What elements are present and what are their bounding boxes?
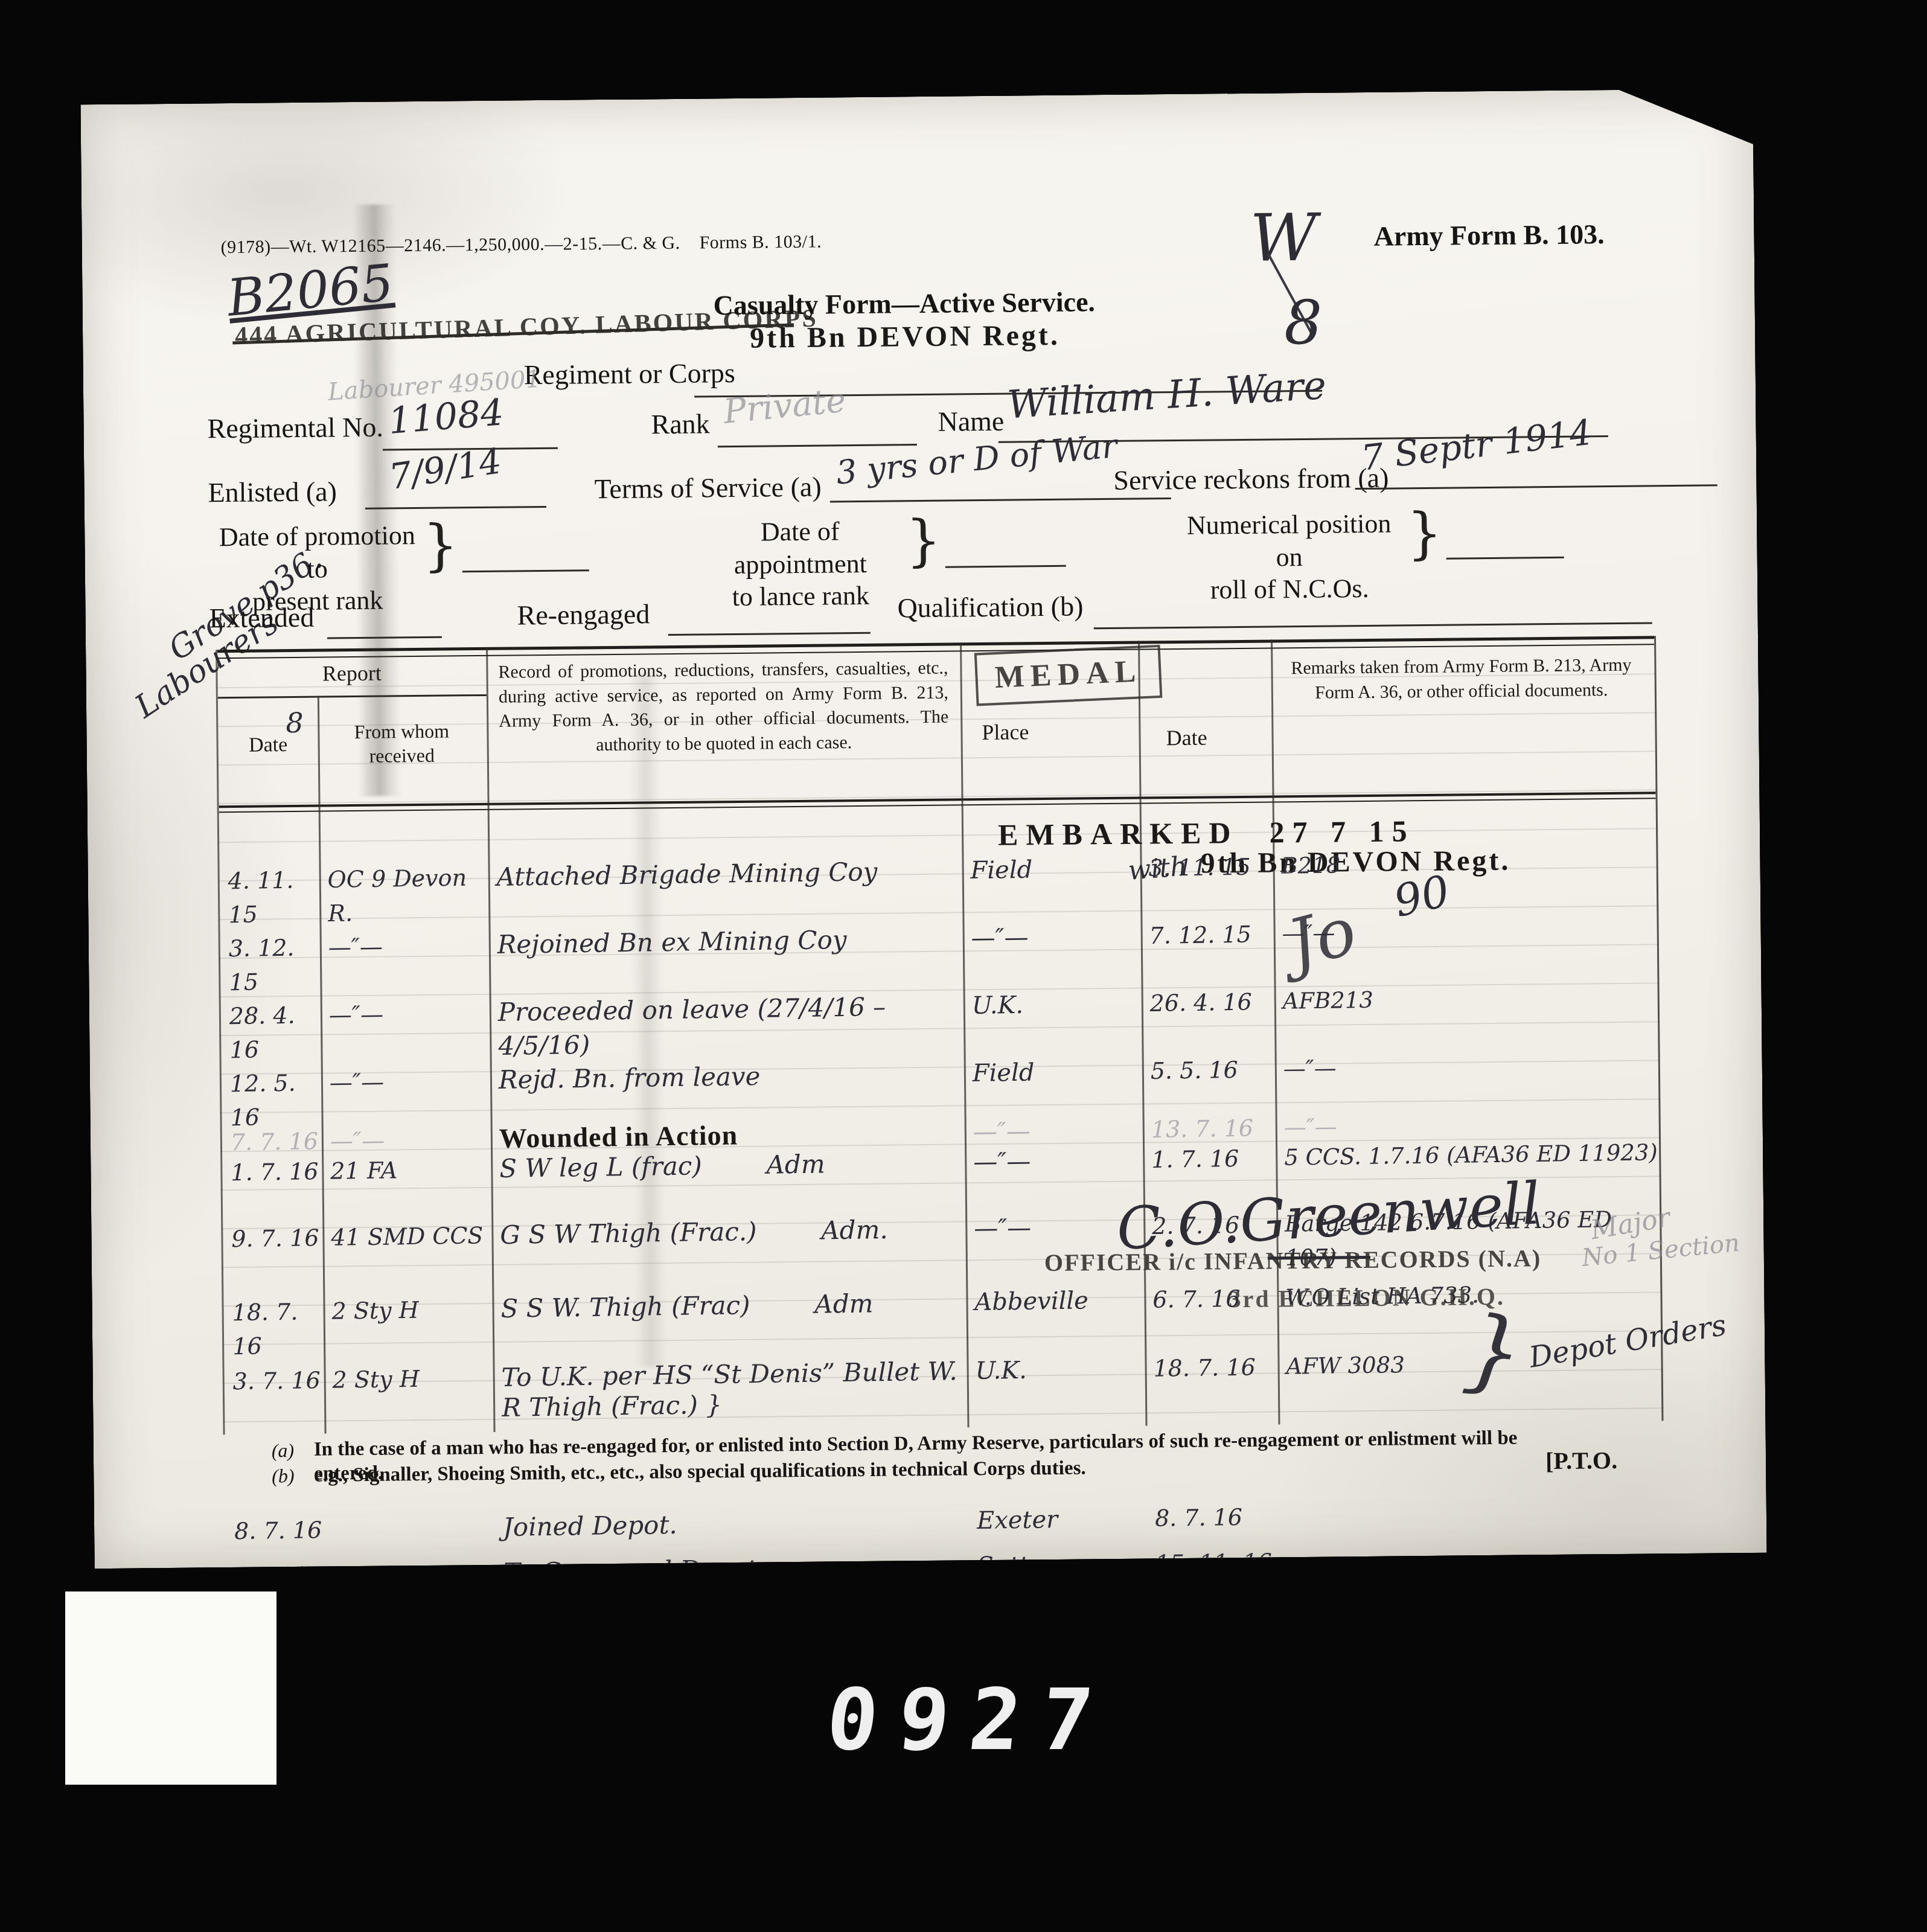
table-cell-remarks: 5 CCS. 1.7.16 (AFA36 ED 11923) [1276,1136,1660,1177]
enlisted-line [365,506,546,510]
table-cell-date: 9. 7. 16 [223,1221,324,1290]
table-cell-record: S S W. Thigh (Frac) Adm [492,1285,967,1360]
frame-counter: 0927 [822,1671,1117,1770]
table-cell-from: 21 FA [322,1152,491,1191]
table-cell-rdate: 26. 4. 16 [1141,985,1275,1054]
table-cell-date: 8. 7. 16 [226,1513,326,1550]
reengaged-line [668,632,871,636]
remarks-header: Remarks taken from Army Form B. 213, Arm… [1280,653,1643,706]
table-cell-from: OC 9 Devon R. [319,860,489,930]
medal-stamp: MEDAL [974,645,1163,706]
table-cell-record: To U.K. per HS “St Denis” Bullet W. R Th… [493,1356,967,1429]
pto-note: [P.T.O. [1545,1446,1617,1475]
table-cell-record: S W leg L (frac) Adm [491,1145,965,1188]
rank-value: Private [722,381,848,432]
army-form-number: Army Form B. 103. [1373,218,1604,252]
table-cell-date: 28. 4. 16 [220,998,321,1067]
regiment-stamp: 9th Bn DEVON Regt. [750,319,1060,355]
numerical-line [1446,557,1564,560]
table-cell-from: —″— [320,996,490,1066]
table-cell-record: To Command Depot. [494,1549,969,1623]
table-cell-from: 41 SMD CCS [322,1218,493,1288]
regimental-no-value: 11084 [387,391,505,443]
extended-line [327,636,442,639]
table-cell-rdate [1148,1631,1282,1700]
qualification-line [1094,622,1652,629]
record-date-header: Date [1166,724,1207,750]
enlisted-label: Enlisted (a) [208,475,337,508]
appointment-brace: } [906,508,942,574]
table-cell-from: 3rd Battn. Dev. Regt. [327,1642,497,1712]
table-cell-date: 3. 7. 16 [224,1365,325,1433]
file-number-handwritten: B2065 [225,253,396,328]
print-reference: (9178)—Wt. W12165—2146.—1,250,000.—2-15.… [221,232,822,258]
table-cell-rdate: 7. 12. 15 [1140,917,1274,987]
reckons-label: Service reckons from (a) [1113,462,1389,496]
promotion-line [462,569,589,572]
table-cell-date: 3. 12. 15 [220,930,321,999]
table-cell-place: Abbeville [966,1283,1145,1353]
table-cell-date: 18. 7. 16 [223,1294,324,1363]
table-cell-remarks [1280,1625,1665,1698]
reckons-value: 7 Septr 1914 [1359,412,1594,479]
place-header: Place [982,719,1029,745]
table-cell-rdate: 8. 7. 16 [1146,1500,1280,1538]
appointment-label: Date of appointmentto lance rank [691,514,910,613]
reengaged-label: Re-engaged [517,598,650,631]
footnote-b-marker: (b) [272,1465,295,1487]
table-cell-date: 1. 7. 16 [222,1154,322,1192]
table-cell-remarks [1279,1494,1663,1536]
regiment-label: Regiment or Corps [523,357,735,391]
form-title: Casualty Form—Active Service. [713,286,1095,321]
table-cell-remarks: —″— [1273,912,1658,985]
terms-line [830,497,1171,502]
numerical-brace: } [1407,501,1443,566]
promotion-brace: } [423,513,459,578]
records-office-stamp: OFFICER i/c INFANTRY RECORDS (N.A) [1044,1244,1542,1277]
name-value: William H. Ware [1006,363,1328,428]
table-cell-record: Attached Brigade Mining Coy [488,854,962,928]
table-cell-place: —″— [965,1143,1143,1182]
calibration-square [65,1591,276,1785]
table-cell-date: 4. 11. 15 [219,863,320,932]
table-cell-from: —″— [319,928,490,998]
regimental-no-label: Regimental No. [207,411,383,445]
qualification-label: Qualification (b) [897,590,1083,624]
table-cell-from: 2 Sty H [323,1292,493,1362]
echelon-stamp: 3rd ECHELON G.H.Q. [1229,1282,1505,1313]
table-cell-record: Proceeded on leave (27/4/16 – 4/5/16) [489,989,963,1063]
table-cell-from [325,1511,495,1549]
table-cell-place: Exeter [968,1502,1147,1540]
report-underline [218,694,487,699]
name-label: Name [938,405,1004,438]
table-cell-record: Rejoined Bn ex Mining Coy [488,921,963,996]
table-cell-place: —″— [962,919,1142,989]
table-cell-place: U.K. [967,1354,1146,1422]
appointment-line [945,565,1066,568]
rank-line [718,444,917,447]
table-cell-remarks: AFB213 [1274,979,1658,1052]
w8-annotation-top: W [1250,200,1317,277]
table-cell-place: U.K. [963,987,1142,1057]
report-header: Report [217,659,486,687]
table-cell-rdate: 1. 7. 16 [1143,1141,1276,1179]
table-cell-rdate: 18. 7. 16 [1145,1352,1279,1420]
rank-label: Rank [651,408,710,440]
table-cell-rdate: 15. 11. 16 [1146,1545,1280,1614]
numerical-label: Numerical position onroll of N.C.Os. [1174,507,1405,607]
table-cell-from: 2 Sty H [324,1363,494,1431]
table-cell-from [325,1556,496,1626]
table-row: 15. 11. 16To Command Depot.Sutton Coldfi… [226,1540,1663,1627]
extended-label: Extended [209,601,314,635]
scanned-page: (9178)—Wt. W12165—2146.—1,250,000.—2-15.… [0,0,1927,1932]
from-whom-header: From whom received [321,718,483,769]
footnote-a-marker: (a) [272,1439,295,1462]
table-cell-place: Field [962,851,1141,921]
table-cell-record: G S W Thigh (Frac.) Adm. [491,1212,966,1286]
record-header: Record of promotions, reductions, transf… [498,656,949,758]
table-cell-remarks [1279,1540,1664,1613]
table-cell-record: Joined Depot. [494,1504,969,1547]
table-cell-remarks: B218 [1273,844,1657,917]
date-header: Date [224,734,312,757]
service-record-table: Report Date From whom received Record of… [216,636,1663,1435]
terms-label: Terms of Service (a) [594,471,822,505]
table-cell-place: Sutton Coldfield [968,1547,1148,1617]
document-sheet: (9178)—Wt. W12165—2146.—1,250,000.—2-15.… [80,89,1766,1569]
w8-annotation-bottom: 8 [1283,287,1323,359]
reckons-line [1355,484,1718,490]
table-cell-rdate: 3. 11. 15 [1140,849,1274,919]
